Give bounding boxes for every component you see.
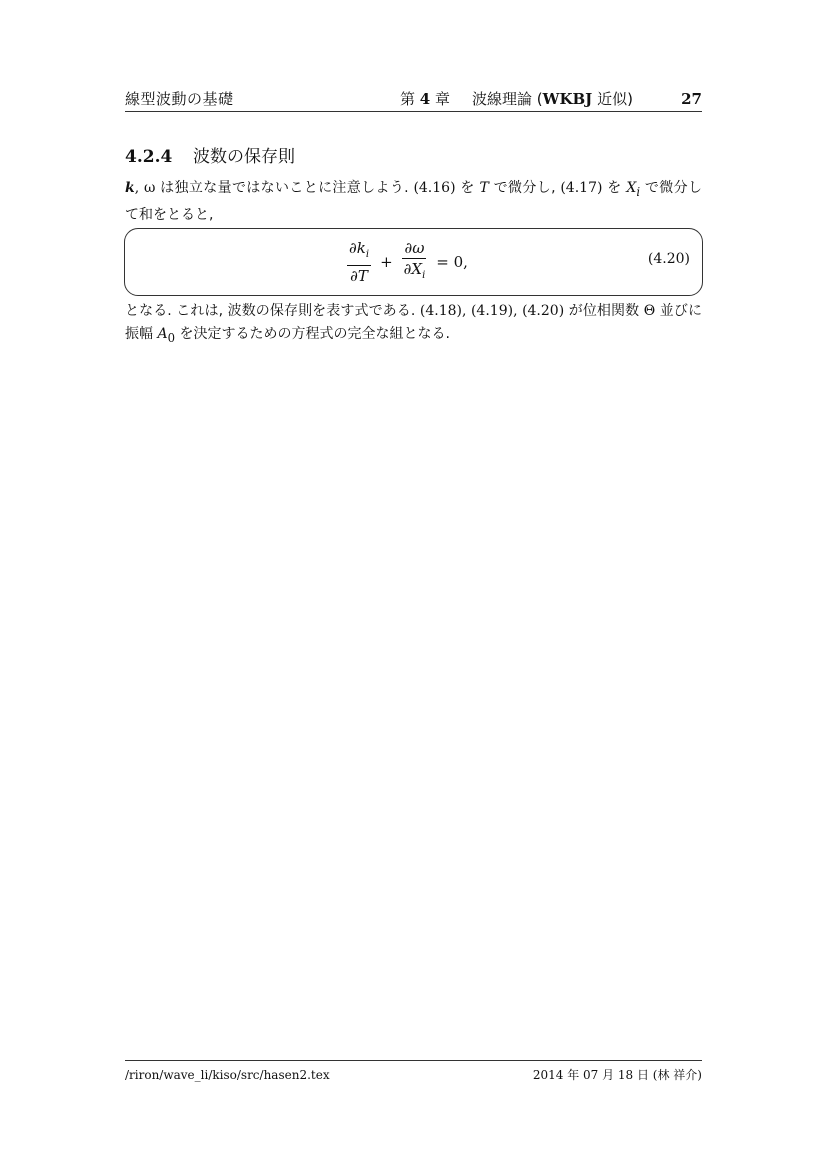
footer-rule xyxy=(125,1060,702,1061)
equation-ref: (4.16) xyxy=(413,180,455,196)
k-vector-symbol: k xyxy=(125,180,135,196)
paragraph-conclusion: となる. これは, 波数の保存則を表す式である. (4.18), (4.19),… xyxy=(125,300,702,350)
section-title: 波数の保存則 xyxy=(193,147,295,167)
book-title: 線型波動の基礎 xyxy=(125,88,234,110)
equation-ref: (4.17) xyxy=(560,180,602,196)
equation-box: ∂ki ∂T + ∂ω ∂Xi = 0, (4.20) xyxy=(124,228,703,296)
running-header: 線型波動の基礎 第 4 章 波線理論 (WKBJ 近似) 27 xyxy=(125,88,702,110)
paragraph-intro: k, ω は独立な量ではないことに注意しよう. (4.16) を T で微分し,… xyxy=(125,177,702,227)
chapter-title: 波線理論 (WKBJ 近似) xyxy=(472,88,633,110)
section-heading: 4.2.4波数の保存則 xyxy=(125,145,295,169)
document-page: 線型波動の基礎 第 4 章 波線理論 (WKBJ 近似) 27 4.2.4波数の… xyxy=(0,0,826,1169)
fraction-dk-dT: ∂ki ∂T xyxy=(347,238,371,286)
equation-refs: (4.18), (4.19), (4.20) xyxy=(420,303,564,319)
page-number: 27 xyxy=(681,88,702,110)
chapter-label: 第 4 章 xyxy=(400,88,450,110)
source-path: /riron/wave_li/kiso/src/hasen2.tex xyxy=(125,1066,330,1084)
fraction-domega-dX: ∂ω ∂Xi xyxy=(402,238,428,286)
section-number: 4.2.4 xyxy=(125,145,193,169)
equation-number: (4.20) xyxy=(648,251,690,267)
date-author: 2014 年 07 月 18 日 (林 祥介) xyxy=(533,1066,702,1084)
equation: ∂ki ∂T + ∂ω ∂Xi = 0, xyxy=(343,237,473,287)
header-rule xyxy=(125,111,702,112)
